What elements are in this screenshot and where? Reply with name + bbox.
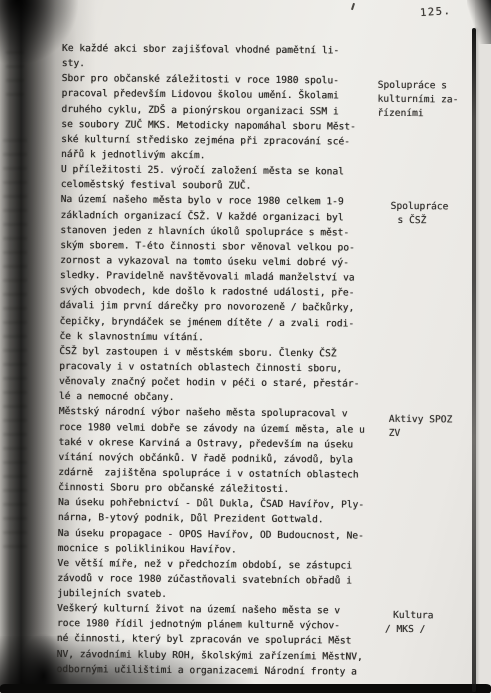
margin-note-line: Spolupráce s [378, 79, 459, 94]
scan-background-strip [0, 693, 491, 700]
typed-text-area: Ke každé akci sbor zajišťoval vhodné pam… [56, 41, 482, 681]
ink-speck [351, 3, 355, 10]
corner-shadow-top-right [467, 0, 491, 44]
margin-note-csz: Spolupráces ČSŽ [390, 200, 448, 229]
margin-note-line: Aktivy SPOZ [389, 413, 453, 428]
margin-note-line: s ČSŽ [397, 214, 448, 228]
scanned-page: Ke každé akci sbor zajišťoval vhodné pam… [0, 0, 491, 700]
body-text: Ke každé akci sbor zajišťoval vhodné pam… [56, 41, 482, 681]
margin-note-line: Kultura [393, 609, 434, 623]
margin-note-kultura-mks: Kultura/ MKS / [385, 609, 434, 637]
margin-note-aktivy-spoz: Aktivy SPOZZV [389, 413, 453, 442]
margin-note-line: / MKS / [385, 623, 434, 637]
margin-note-line: řízeními [377, 107, 458, 122]
margin-note-line: ZV [389, 427, 453, 442]
margin-note-line: kulturními za- [377, 93, 458, 108]
margin-note-kulturni-zarizeni: Spolupráce skulturními za-řízeními [377, 79, 458, 122]
page-number: 125. [420, 5, 452, 19]
margin-note-line: Spolupráce [391, 200, 449, 215]
